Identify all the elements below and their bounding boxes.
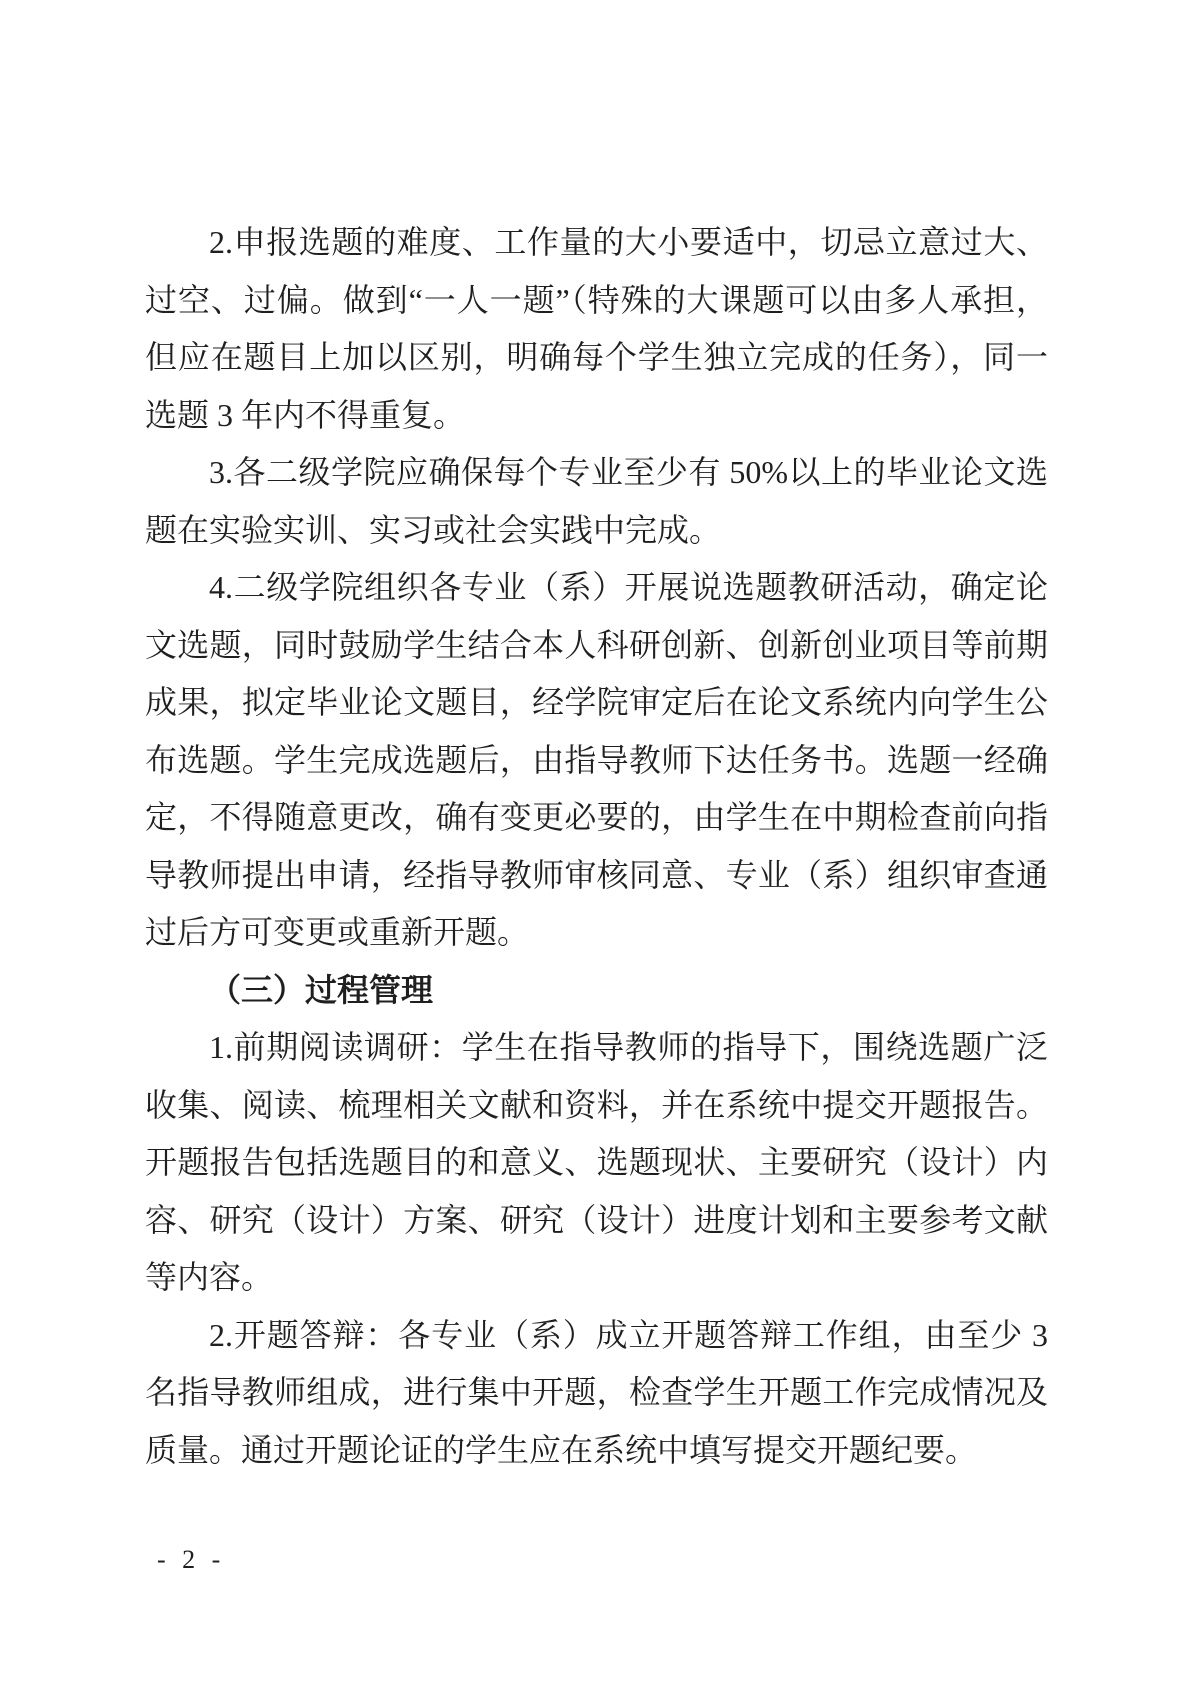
section-heading-process-management: （三）过程管理 [145,962,1048,1020]
body-paragraph-practice-ratio: 3.各二级学院应确保每个专业至少有 50%以上的毕业论文选题在实验实训、实习或社… [145,444,1048,559]
body-paragraph-topic-confirmation: 4.二级学院组织各专业（系）开展说选题教研活动，确定论文选题，同时鼓励学生结合本… [145,559,1048,962]
page-number: - 2 - [157,1545,225,1575]
document-page: 2.申报选题的难度、工作量的大小要适中，切忌立意过大、过空、过偏。做到“一人一题… [0,0,1191,1684]
body-paragraph-proposal-defense: 2.开题答辩：各专业（系）成立开题答辩工作组，由至少 3 名指导教师组成，进行集… [145,1307,1048,1480]
document-body: 2.申报选题的难度、工作量的大小要适中，切忌立意过大、过空、过偏。做到“一人一题… [145,214,1048,1479]
body-paragraph-preliminary-research: 1.前期阅读调研：学生在指导教师的指导下，围绕选题广泛收集、阅读、梳理相关文献和… [145,1019,1048,1307]
body-paragraph-topic-difficulty: 2.申报选题的难度、工作量的大小要适中，切忌立意过大、过空、过偏。做到“一人一题… [145,214,1048,444]
